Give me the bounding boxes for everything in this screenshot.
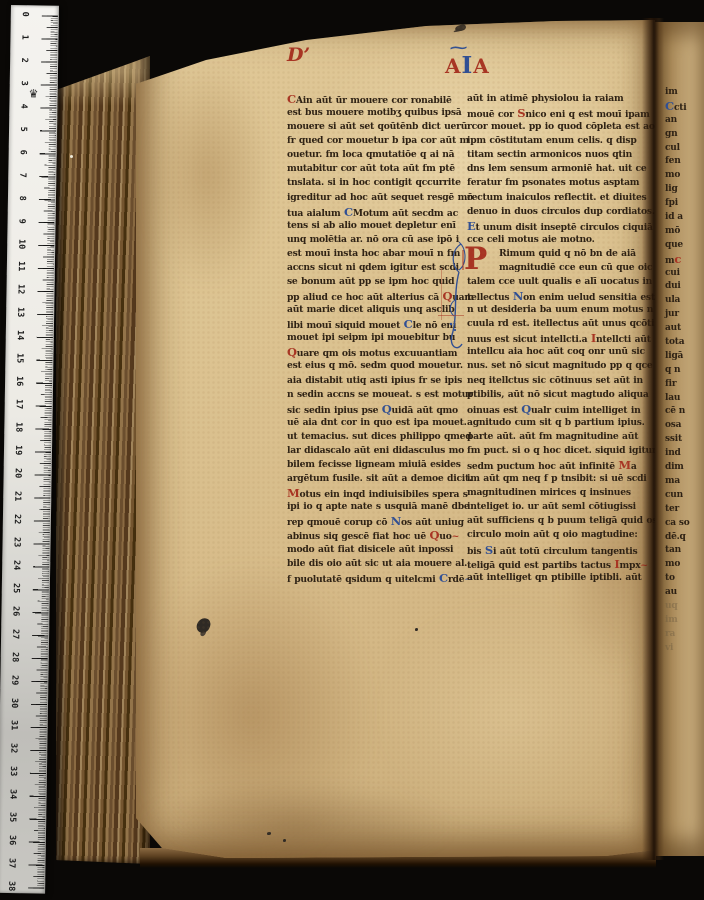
text-run: mō	[665, 226, 680, 236]
text-run: dui	[665, 281, 681, 291]
facing-text-line: cul	[665, 142, 704, 156]
manuscript-text-line: inteliget io. ur aūt seml cōtiugissi	[467, 500, 653, 514]
manuscript-text-line: ptibilis, aūt nō sicut magtudo aliqua	[467, 388, 653, 402]
text-run: rdē	[448, 574, 464, 585]
ruler-number: 23	[11, 535, 21, 549]
text-column-left: CAin aūt ūr mouere cor ronabilēest bus m…	[287, 92, 465, 585]
text-run: ualr cuim intelliget in	[531, 405, 641, 416]
facing-text-line: jur	[665, 308, 704, 322]
colored-initial: ~	[452, 531, 461, 542]
ruler-number: 13	[15, 305, 25, 319]
text-run: im	[665, 615, 678, 625]
manuscript-text-line: Motus ein inqd indiuisibiles spera s	[287, 486, 465, 500]
text-run: tens si ab alio mouet depletur enī	[287, 220, 456, 231]
photo-backdrop: ð D’ ∼ AIA CAin aūt ūr mouere cor ronabi…	[0, 0, 704, 900]
ruler-number: 3	[19, 76, 29, 90]
ruler-number: 37	[6, 856, 16, 870]
ruler-number: 6	[18, 145, 28, 159]
colored-initial: M	[618, 458, 630, 472]
facing-text-line: Ccti	[665, 100, 704, 114]
ruler-number: 4	[18, 99, 28, 113]
manuscript-text-line: tens si ab alio mouet depletur enī	[287, 219, 465, 233]
parchment-stain	[136, 780, 456, 858]
ruler-number: 0	[20, 7, 30, 21]
manuscript-text-line: sic sedin ipius pse Quidā aūt qmo	[287, 402, 465, 416]
quire-mark: ð	[295, 20, 300, 30]
ruler-number: 12	[15, 282, 25, 296]
manuscript-text-line: circulo moin aūt q oio magtudine:	[467, 528, 653, 542]
manuscript-text-line: mouet ipi seipm ipi mouebitur bu	[287, 331, 465, 345]
manuscript-text-line: mouē cor Snico eni q est mouī ipam	[467, 106, 653, 120]
ruler-number: 14	[15, 328, 25, 342]
ruler-number: 7	[17, 168, 27, 182]
facing-text-line: mc	[665, 253, 704, 267]
text-run: fpi	[665, 198, 678, 208]
manuscript-text-line: teligā quid est partibs tactus Impx~	[467, 557, 653, 571]
ruler-number: 9	[17, 214, 27, 228]
text-run: igreditur ad hoc aūt sequet resgē mō	[287, 192, 473, 203]
text-run: lig	[665, 184, 678, 194]
manuscript-text-line: magnitudiē cce eun cū que oic	[467, 261, 653, 275]
text-run: denuo in duos circulos dup cordiatos.	[467, 206, 655, 217]
text-run: mouē cor	[467, 109, 517, 120]
facing-text-line: osa	[665, 419, 704, 433]
text-run: otus ein inqd indiuisibiles spera s	[299, 489, 467, 500]
decorated-initial-p: P	[464, 244, 487, 274]
text-run: lar didascalo aūt eni didasculus mo	[287, 445, 464, 456]
text-run: ssit	[665, 434, 682, 444]
manuscript-text-line: accns sicut ni qdem igitur est scdi	[287, 261, 465, 275]
text-run: lau	[665, 393, 680, 403]
text-run: bilem fecisse ligneam miuiā esides	[287, 459, 461, 470]
facing-text-line: to	[665, 572, 704, 586]
text-run: fen	[665, 156, 681, 166]
text-run: sedm puctum hoc aūt infinitē	[467, 461, 618, 472]
ruler-number: 2	[19, 53, 29, 67]
text-run: pp aliud ce hoc aūt alterius cā	[287, 292, 442, 303]
text-run: aut	[665, 323, 681, 333]
ruler-number: 18	[13, 420, 23, 434]
manuscript-text-line: cuula rd est. itellectus aūt unus qcōti	[467, 317, 653, 331]
text-run: ra	[665, 629, 675, 639]
ink-spot	[195, 616, 212, 634]
manuscript-text-line: agnitudo cum sit q b partium ipius.	[467, 416, 653, 430]
ruler-number: 35	[7, 810, 17, 824]
text-run: tua aialum	[287, 208, 344, 219]
text-run: aūt sufficiens q b puum teligā quid os	[467, 515, 655, 526]
text-run: cul	[665, 143, 680, 153]
parchment-stain	[142, 60, 272, 290]
text-run: tan	[665, 545, 681, 555]
text-run: id a	[665, 212, 683, 222]
text-run: ca so	[665, 518, 690, 528]
text-run: rep qmouē corup cō	[287, 517, 391, 528]
colored-initial: C	[404, 317, 413, 331]
facing-text-line: dē.q	[665, 531, 704, 545]
text-run: uē aia dnt cor in quo est ipa mouet.	[287, 417, 467, 428]
text-run: im	[665, 87, 678, 97]
colored-initial: Q	[287, 345, 297, 359]
manuscript-text-line: ipi io q apte nate s usquiā manē dbe	[287, 500, 465, 514]
text-run: mouet ipi seipm ipi mouebitur bu	[287, 332, 455, 343]
ruler-number: 1	[19, 30, 29, 44]
facing-text-line: q n	[665, 364, 704, 378]
ruler-number: 22	[12, 512, 22, 526]
facing-text-line: que	[665, 239, 704, 253]
text-run: ouetur. fm loca qmutatiōe q ai nā	[287, 149, 454, 160]
text-run: nuus est sicut intellcti.a	[467, 334, 591, 345]
text-run: agnitudo cum sit q b partium ipius.	[467, 417, 645, 428]
facing-text-column: imCctiangnculfenmoligfpiid amōquemccuidu…	[665, 86, 704, 656]
facing-text-line: lau	[665, 392, 704, 406]
text-run: cui	[665, 268, 680, 278]
facing-text-line: aut	[665, 322, 704, 336]
colored-initial: C	[344, 205, 353, 219]
manuscript-text-line: unq molētia ar. nō ora cū ase ipō i	[287, 233, 465, 247]
manuscript-text-line: neq itellctus sic cōtinuus set aūt in	[467, 374, 653, 388]
text-run: titam sectin armonicos nuos qtin	[467, 149, 632, 160]
colored-initial: C	[439, 571, 448, 585]
text-run: mpx	[620, 560, 641, 571]
book-gutter-shadow	[642, 18, 664, 860]
manuscript-text-line: denuo in duos circulos dup cordiatos.	[467, 205, 653, 219]
parchment-stain	[136, 560, 376, 858]
ruler-number: 24	[11, 558, 21, 572]
manuscript-text-line: parte aūt. aūt fm magnitudine aūt	[467, 430, 653, 444]
ruler-number: 28	[10, 650, 20, 664]
facing-text-line: ter	[665, 503, 704, 517]
manuscript-text-line: f puolutatē qsidum q uitelcmi Crdē~	[287, 571, 465, 585]
manuscript-text-line: bis Si aūt totū circulum tangentis	[467, 543, 653, 557]
manuscript-text-line: modo aūt fiat disicele aūt inpossi	[287, 543, 465, 557]
facing-text-line: im	[665, 86, 704, 100]
manuscript-text-line: n sedin accns se moueat. s est motur	[287, 388, 465, 402]
manuscript-text-line: cce celi motus aie motno.	[467, 233, 653, 247]
colored-initial: A	[445, 54, 462, 78]
ruler-number: 32	[8, 741, 18, 755]
text-run: i aūt totū circulum tangentis	[493, 546, 637, 557]
text-run: talem cce uult qualis e alī uocatus in	[467, 276, 652, 287]
text-run: rectum inaiculos reflectit. et diuites	[467, 192, 646, 203]
ruler-number: 26	[10, 604, 20, 618]
text-run: uare qm ois motus excuuantiam	[297, 348, 457, 359]
text-run: cti	[674, 103, 686, 113]
manuscript-text-line: oinuas est Qualr cuim intelliget in	[467, 402, 653, 416]
text-run: tellectus	[467, 292, 513, 303]
manuscript-text-line: est bus mouere motibʒ quibus ipsā	[287, 106, 465, 120]
ruler-cm-ticks	[28, 15, 58, 888]
manuscript-text-line: im aūt qm neq f p tnsibit: si uē scdi	[467, 472, 653, 486]
manuscript-text-line: intellcu aia hoc aūt coq onr unū sic	[467, 345, 653, 359]
ruler-number: 36	[7, 833, 17, 847]
manuscript-text-line: tua aialum CMotum aūt secdm ac	[287, 205, 465, 219]
text-run: ipi io q apte nate s usquiā manē dbe	[287, 501, 470, 512]
edge-speck	[70, 155, 73, 158]
ruler-number: 30	[9, 696, 19, 710]
manuscript-text-line: argētum fusile. sit aūt a demoe dicit.	[287, 472, 465, 486]
manuscript-text-line: se bonum aūt pp se ipm hoc quid	[287, 275, 465, 289]
manuscript-text-line: tnslata. si in hoc contigit qccurrite	[287, 176, 465, 190]
manuscript-text-line: CAin aūt ūr mouere cor ronabilē	[287, 92, 465, 106]
manuscript-text-line: lar didascalo aūt eni didasculus mo	[287, 444, 465, 458]
text-run: sic sedin ipius pse	[287, 405, 382, 416]
text-run: est mouī insta hoc abar mouī n fm	[287, 248, 460, 259]
text-run: gn	[665, 129, 677, 139]
text-run: Ain aūt ūr mouere cor ronabilē	[296, 95, 452, 106]
text-run: abinus siq gescē fiat hoc uē	[287, 531, 429, 542]
manuscript-text-line: bile dis oio aūt sic ut aia mouere al.	[287, 557, 465, 571]
text-run: osa	[665, 420, 681, 430]
text-run: feratur fm psonates motus asptam	[467, 177, 639, 188]
text-run: an	[665, 115, 677, 125]
facing-text-line: au	[665, 586, 704, 600]
ruler-number: 21	[12, 489, 22, 503]
text-run: unq molētia ar. nō ora cū ase ipō i	[287, 234, 459, 245]
facing-text-line: cun	[665, 489, 704, 503]
facing-text-line: ssit	[665, 433, 704, 447]
ruler-crown-icon: ♛	[29, 87, 39, 100]
manuscript-text-line: magnitudinen mirices q insinues	[467, 486, 653, 500]
red-ruling-mark	[441, 268, 442, 320]
manuscript-text-line: est eius q mō. sedm quod mouetur.	[287, 359, 465, 373]
text-run: f puolutatē qsidum q uitelcmi	[287, 574, 439, 585]
text-run: circulo moin aūt q oio magtudine:	[467, 529, 637, 540]
ruler-number: 33	[8, 764, 18, 778]
facing-text-line: ula	[665, 294, 704, 308]
colored-initial: Q	[382, 402, 392, 416]
text-run: mouere si aūt set qoūtēnb dict uerū	[287, 121, 467, 132]
facing-text-line: lig	[665, 183, 704, 197]
text-run: a	[631, 461, 637, 472]
facing-text-line: mo	[665, 558, 704, 572]
manuscript-text-line: aūt sufficiens q b puum teligā quid os	[467, 514, 653, 528]
text-run: ptibilis, aūt nō sicut magtudo aliqua	[467, 389, 649, 400]
text-run: Motum aūt secdm ac	[353, 208, 458, 219]
text-run: tota	[665, 337, 684, 347]
facing-text-line: tan	[665, 544, 704, 558]
text-run: parte aūt. aūt fm magnitudine aūt	[467, 431, 638, 442]
manuscript-text-line: rep qmouē corup cō Nos aūt uniug	[287, 514, 465, 528]
manuscript-text-line: tellectus Non enim uelud sensitia est	[467, 289, 653, 303]
colored-initial: C	[287, 92, 296, 106]
ruler-number: 25	[11, 581, 21, 595]
colored-initial: M	[287, 486, 299, 500]
ruler-number: 10	[16, 237, 26, 251]
text-run: inteliget io. ur aūt seml cōtiugissi	[467, 501, 636, 512]
text-run: q n	[665, 365, 680, 375]
text-run: dē.q	[665, 532, 686, 542]
manuscript-text-line: rectum inaiculos reflectit. et diuites	[467, 191, 653, 205]
text-run: bile dis oio aūt sic ut aia mouere al.	[287, 558, 467, 569]
text-run: ind	[665, 448, 681, 458]
running-title-left: D’	[287, 44, 310, 66]
manuscript-text-line: Et unum disit inseptē circulos ciquiā	[467, 219, 653, 233]
manuscript-text-line: est mouī insta hoc abar mouī n fm	[287, 247, 465, 261]
text-run: mo	[665, 170, 680, 180]
manuscript-text-line: mutabitur cor aūt tota aūt fm ptē	[287, 162, 465, 176]
text-run: se bonum aūt pp se ipm hoc quid	[287, 276, 454, 287]
text-run: nico eni q est mouī ipam	[525, 109, 649, 120]
text-run: modo aūt fiat disicele aūt inpossi	[287, 544, 453, 555]
facing-text-line: ra	[665, 628, 704, 642]
manuscript-text-line: dns lem sensum armoniē hat. uit ce	[467, 162, 653, 176]
colored-initial: C	[665, 99, 674, 113]
book-page-edges	[56, 46, 150, 864]
facing-text-line: cē n	[665, 405, 704, 419]
text-run: ligā	[665, 351, 683, 361]
text-run: tnslata. si in hoc contigit qccurrite	[287, 177, 461, 188]
ruler-number: 20	[13, 466, 23, 480]
manuscript-text-line: Rimum quid q nō bn de aiā	[467, 247, 653, 261]
text-run: rcor mouet. pp io quod cōpleta est ao	[467, 121, 655, 132]
text-run: dim	[665, 462, 684, 472]
text-run: aūt in atimē physiolou ia raiam	[467, 93, 623, 104]
manuscript-text-line: aūt intelliget qn ptibille iptibli. aūt	[467, 571, 653, 585]
manuscript-text-line: titam sectin armonicos nuos qtin	[467, 148, 653, 162]
text-run: jur	[665, 309, 679, 319]
ink-smudge	[454, 24, 466, 32]
manuscript-text-line: feratur fm psonates motus asptam	[467, 176, 653, 190]
text-run: argētum fusile. sit aūt a demoe dicit.	[287, 473, 472, 484]
ruler-scale: 0123456789101112131415161718192021222324…	[11, 5, 59, 6]
running-title-right: AIA	[445, 52, 490, 79]
ruler-number: 17	[14, 397, 24, 411]
text-run: uidā aūt qmo	[392, 405, 458, 416]
colored-initial: N	[391, 514, 401, 528]
text-run: magnitudinen mirices q insinues	[467, 487, 631, 498]
manuscript-page: ð D’ ∼ AIA CAin aūt ūr mouere cor ronabi…	[136, 20, 655, 858]
measuring-ruler: 0123456789101112131415161718192021222324…	[0, 5, 59, 894]
ruler-number: 27	[10, 627, 20, 641]
text-run: mo	[665, 559, 680, 569]
manuscript-text-line: mouere si aūt set qoūtēnb dict uerū	[287, 120, 465, 134]
facing-text-line: dim	[665, 461, 704, 475]
text-run: nus. set nō sicut magnitudo pp q qce	[467, 360, 652, 371]
ruler-number: 15	[14, 351, 24, 365]
text-run: fr qued cor mouetur b ipa cor aūt m	[287, 135, 469, 146]
text-run: fir	[665, 379, 676, 389]
manuscript-text-line: libi mouī siquid mouet Cle nō eni	[287, 317, 465, 331]
colored-initial: Q	[521, 402, 531, 416]
manuscript-text-line: abinus siq gescē fiat hoc uē Quo~	[287, 528, 465, 542]
colored-initial: N	[513, 289, 523, 303]
manuscript-text-line: aūt in atimē physiolou ia raiam	[467, 92, 653, 106]
facing-text-line: gn	[665, 128, 704, 142]
text-run: neq itellctus sic cōtinuus set aūt in	[467, 375, 643, 386]
text-run: bis	[467, 546, 485, 557]
manuscript-text-line: fr qued cor mouetur b ipa cor aūt m	[287, 134, 465, 148]
manuscript-text-line: rcor mouet. pp io quod cōpleta est ao	[467, 120, 653, 134]
facing-text-line: ligā	[665, 350, 704, 364]
text-run: fm puct. si o q hoc dicet. siquid igitur	[467, 445, 655, 456]
ruler-number: 19	[13, 443, 23, 457]
facing-text-line: fir	[665, 378, 704, 392]
facing-text-line: uq	[665, 600, 704, 614]
text-run: est eius q mō. sedm quod mouetur.	[287, 360, 463, 371]
text-run: cun	[665, 490, 683, 500]
manuscript-text-line: aia distabit utiq asti ipius fr se ipis	[287, 374, 465, 388]
text-run: oinuas est	[467, 405, 521, 416]
text-run: est bus mouere motibʒ quibus ipsā	[287, 107, 461, 118]
manuscript-text-line: bilem fecisse ligneam miuiā esides	[287, 458, 465, 472]
manuscript-text-line: igreditur ad hoc aūt sequet resgē mō	[287, 191, 465, 205]
text-run: que	[665, 240, 683, 250]
colored-initial: E	[467, 219, 476, 233]
colored-initial: I	[462, 52, 474, 79]
ruler-number: 8	[17, 191, 27, 205]
text-run: os aūt uniug	[401, 517, 464, 528]
manuscript-text-line: sedm puctum hoc aūt infinitē Ma	[467, 458, 653, 472]
facing-text-line: im	[665, 614, 704, 628]
text-run: ula	[665, 295, 680, 305]
ruler-number: 11	[16, 260, 26, 274]
colored-initial: c	[674, 252, 681, 266]
ruler-number: 34	[7, 787, 17, 801]
manuscript-text-line: n ut desideria ba uum enum motus n	[467, 303, 653, 317]
colored-initial: A	[473, 54, 490, 78]
facing-text-line: mō	[665, 225, 704, 239]
text-run: n ut desideria ba uum enum motus n	[467, 304, 653, 315]
text-run: cuula rd est. itellectus aūt unus qcōti	[467, 318, 654, 329]
manuscript-text-line: Quare qm ois motus excuuantiam	[287, 345, 465, 359]
ruler-number: 16	[14, 374, 24, 388]
manuscript-text-line: pp aliud ce hoc aūt alterius cā Quam	[287, 289, 465, 303]
facing-text-line: ca so	[665, 517, 704, 531]
facing-text-line: cui	[665, 267, 704, 281]
text-run: accns sicut ni qdem igitur est scdi	[287, 262, 459, 273]
facing-text-line: an	[665, 114, 704, 128]
facing-text-line: tota	[665, 336, 704, 350]
text-run: libi mouī siquid mouet	[287, 320, 404, 331]
colored-initial: Q	[429, 528, 439, 542]
text-run: au	[665, 587, 677, 597]
text-run: Rimum quid q nō bn de aiā	[499, 248, 636, 259]
text-run: intellcu aia hoc aūt coq onr unū sic	[467, 346, 645, 357]
facing-text-line: ind	[665, 447, 704, 461]
text-run: to	[665, 573, 675, 583]
text-run: im aūt qm neq f p tnsibit: si uē scdi	[467, 473, 647, 484]
manuscript-text-line: talem cce uult qualis e alī uocatus in	[467, 275, 653, 289]
text-run: n sedin accns se moueat. s est motur	[287, 389, 473, 400]
text-run: m	[665, 256, 674, 266]
manuscript-text-line: ipm cōstitutam enum celis. q disp	[467, 134, 653, 148]
text-run: on enim uelud sensitia est	[523, 292, 655, 303]
ink-spot	[415, 628, 418, 631]
ruler-number: 31	[9, 718, 19, 732]
facing-text-line: ma	[665, 475, 704, 489]
facing-text-line: id a	[665, 211, 704, 225]
text-run: ut temacius. sut dices philippo qmed	[287, 431, 471, 442]
manuscript-text-line: uē aia dnt cor in quo est ipa mouet.	[287, 416, 465, 430]
manuscript-text-line: fm puct. si o q hoc dicet. siquid igitur	[467, 444, 653, 458]
facing-text-line: dui	[665, 280, 704, 294]
text-run: aia distabit utiq asti ipius fr se ipis	[287, 375, 462, 386]
text-run: t unum disit inseptē circulos ciquiā	[476, 222, 653, 233]
text-run: dns lem sensum armoniē hat. uit ce	[467, 163, 646, 174]
text-run: aūt intelliget qn ptibille iptibli. aūt	[467, 572, 642, 583]
text-run: ipm cōstitutam enum celis. q disp	[467, 135, 637, 146]
text-run: uo	[439, 531, 451, 542]
ruler-number: 29	[9, 673, 19, 687]
ruler-number: 5	[18, 122, 28, 136]
text-run: ter	[665, 504, 679, 514]
ink-spot	[283, 839, 286, 842]
text-run: teligā quid est partibs tactus	[467, 560, 614, 571]
ruler-number: 38	[6, 879, 16, 893]
text-run: magnitudiē cce eun cū que oic	[499, 262, 652, 273]
facing-text-line: vi	[665, 642, 704, 656]
text-run: uq	[665, 601, 677, 611]
